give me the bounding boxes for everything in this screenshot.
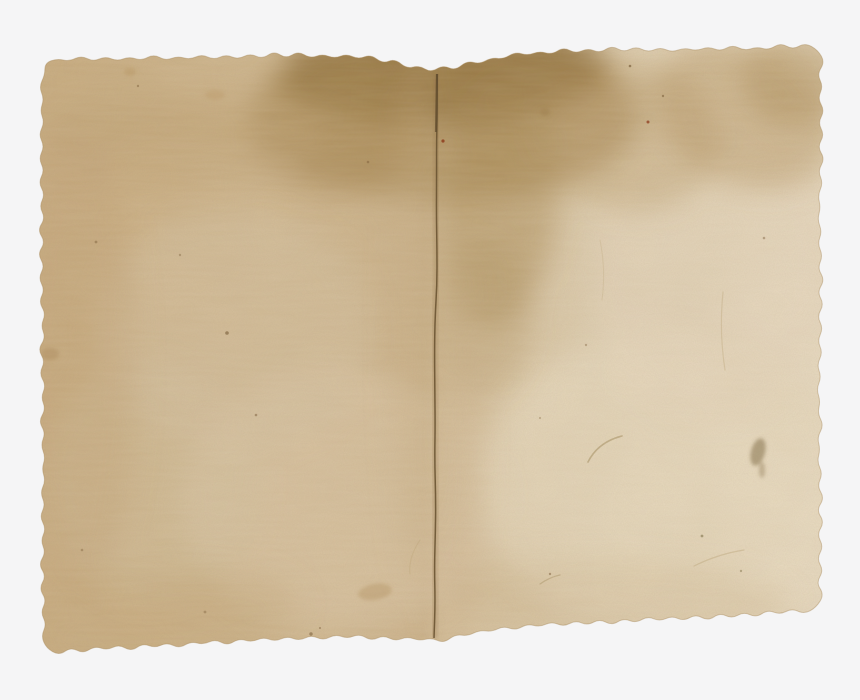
speckle [255, 414, 258, 417]
screenshot-root [0, 0, 860, 700]
speckle [662, 95, 664, 97]
paper-texture-clip [0, 0, 860, 700]
ink-blot [41, 348, 59, 360]
grain-texture [0, 0, 860, 700]
ink-blot [759, 462, 765, 478]
speckle [319, 627, 321, 629]
vintage-paper-image [0, 0, 860, 700]
speckle [740, 570, 742, 572]
speckle [629, 65, 632, 68]
speckle [204, 611, 207, 614]
speckle [137, 85, 139, 87]
fold-top-dark-segment [436, 74, 437, 132]
speckle [225, 331, 229, 335]
speckle [585, 344, 587, 346]
ink-blot [205, 90, 225, 100]
speckle [763, 237, 766, 240]
speckle [95, 241, 98, 244]
speckle [81, 549, 84, 552]
speckle [309, 632, 312, 635]
speckle [441, 139, 444, 142]
speckle [179, 254, 181, 256]
ink-blot [124, 68, 136, 76]
fold-crease [434, 74, 437, 638]
speckle [701, 535, 704, 538]
ink-blot [540, 108, 550, 116]
speckle [367, 161, 370, 164]
speckle [539, 417, 541, 419]
speckle [549, 573, 551, 575]
speckle [647, 121, 650, 124]
paper-sheet [0, 0, 860, 700]
